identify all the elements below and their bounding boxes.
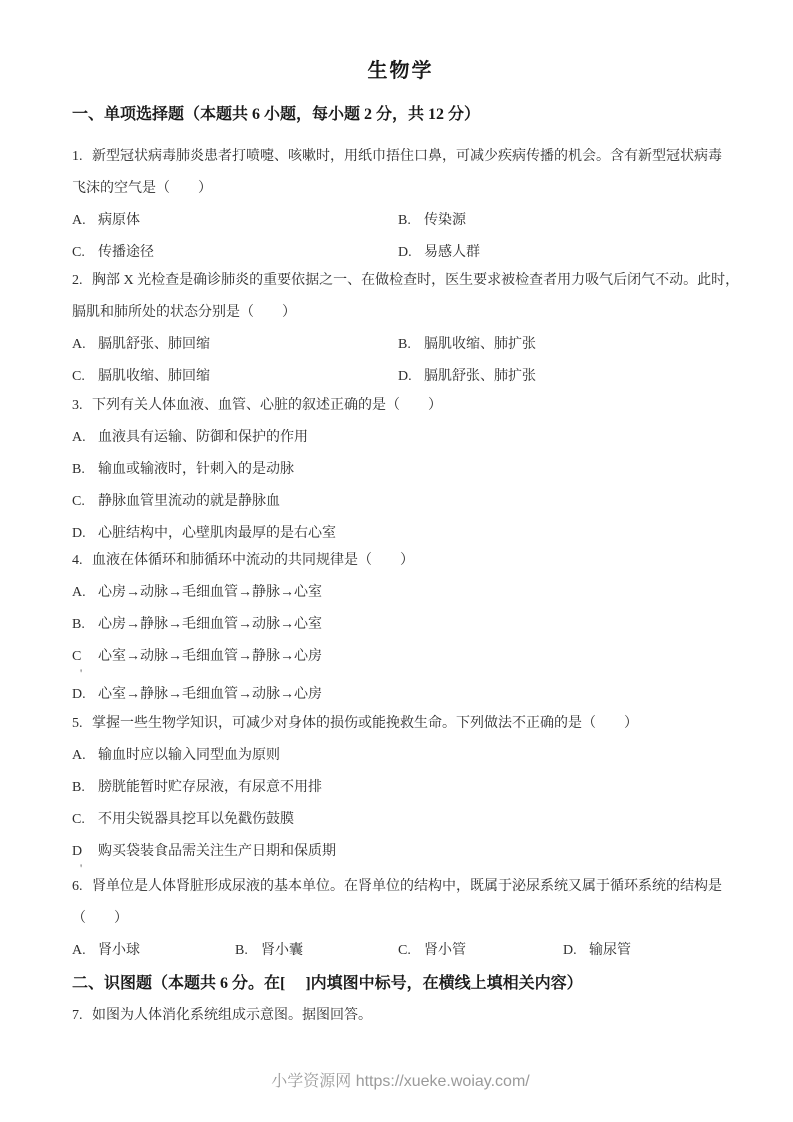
option-text: 膈肌收缩、肺回缩 bbox=[98, 369, 210, 384]
scan-artifact-mark: ' bbox=[80, 862, 82, 874]
option-text: 肾小管 bbox=[424, 943, 466, 958]
exam-page: 生物学 一、单项选择题（本题共 6 小题，每小题 2 分，共 12 分） 1.新… bbox=[0, 0, 793, 1122]
option-label: C bbox=[72, 641, 98, 673]
question-2: 2.胸部 X 光检查是确诊肺炎的重要依据之一、在做检查时，医生要求被检查者用力吸… bbox=[72, 265, 729, 393]
question-1-options: A.病原体 B.传染源 C.传播途径 D.易感人群 bbox=[72, 205, 729, 269]
question-2-number: 2. bbox=[72, 265, 92, 297]
question-6-option-b: B.肾小囊 bbox=[235, 935, 398, 967]
option-text: 膈肌舒张、肺扩张 bbox=[424, 369, 536, 384]
option-text: 输血时应以输入同型血为原则 bbox=[98, 748, 280, 763]
question-2-stem-line-1: 2.胸部 X 光检查是确诊肺炎的重要依据之一、在做检查时，医生要求被检查者用力吸… bbox=[72, 265, 729, 297]
option-label: C. bbox=[72, 486, 98, 518]
question-5-option-d: D购买袋装食品需关注生产日期和保质期 ' bbox=[72, 836, 729, 868]
question-6-number: 6. bbox=[72, 871, 92, 903]
option-label: D. bbox=[398, 237, 424, 269]
question-3-option-a: A.血液具有运输、防御和保护的作用 bbox=[72, 422, 729, 454]
option-label: B. bbox=[72, 772, 98, 804]
option-label: B. bbox=[72, 609, 98, 641]
section-2-heading: 二、识图题（本题共 6 分。在[ ]内填图中标号，在横线上填相关内容） bbox=[72, 967, 729, 1000]
option-text: 病原体 bbox=[98, 213, 140, 228]
option-text: 输血或输液时，针刺入的是动脉 bbox=[98, 462, 294, 477]
option-text: 静脉血管里流动的就是静脉血 bbox=[98, 494, 280, 509]
question-2-option-d: D.膈肌舒张、肺扩张 bbox=[398, 361, 729, 393]
question-1-option-a: A.病原体 bbox=[72, 205, 398, 237]
option-label: B. bbox=[235, 935, 261, 967]
question-3: 3.下列有关人体血液、血管、心脏的叙述正确的是（ ） A.血液具有运输、防御和保… bbox=[72, 390, 729, 550]
option-label: A. bbox=[72, 329, 98, 361]
option-text: 不用尖锐器具挖耳以免戳伤鼓膜 bbox=[98, 812, 294, 827]
question-5: 5.掌握一些生物学知识，可减少对身体的损伤或能挽救生命。下列做法不正确的是（ ）… bbox=[72, 708, 729, 868]
question-6-option-a: A.肾小球 bbox=[72, 935, 235, 967]
scan-artifact-mark: ' bbox=[80, 667, 82, 679]
question-4-option-a: A.心房→动脉→毛细血管→静脉→心室 bbox=[72, 577, 729, 609]
option-text: 输尿管 bbox=[589, 943, 631, 958]
option-label: B. bbox=[72, 454, 98, 486]
question-3-option-c: C.静脉血管里流动的就是静脉血 bbox=[72, 486, 729, 518]
question-5-stem-text: 掌握一些生物学知识，可减少对身体的损伤或能挽救生命。下列做法不正确的是（ ） bbox=[92, 716, 638, 731]
question-1-stem-line-1: 1.新型冠状病毒肺炎患者打喷嚏、咳嗽时，用纸巾捂住口鼻，可减少疾病传播的机会。含… bbox=[72, 141, 729, 173]
question-5-option-b: B.膀胱能暂时贮存尿液，有尿意不用排 bbox=[72, 772, 729, 804]
question-5-option-a: A.输血时应以输入同型血为原则 bbox=[72, 740, 729, 772]
option-label: A. bbox=[72, 205, 98, 237]
option-label: A. bbox=[72, 935, 98, 967]
question-1-stem-line-2: 飞沫的空气是（ ） bbox=[72, 173, 729, 205]
page-title: 生物学 bbox=[72, 55, 729, 88]
option-label: D. bbox=[72, 679, 98, 711]
option-text: 膈肌收缩、肺扩张 bbox=[424, 337, 536, 352]
question-3-option-d: D.心脏结构中，心壁肌肉最厚的是右心室 bbox=[72, 518, 729, 550]
option-text: 心室→动脉→毛细血管→静脉→心房 bbox=[98, 649, 322, 664]
question-1-number: 1. bbox=[72, 141, 92, 173]
question-6-option-c: C.肾小管 bbox=[398, 935, 563, 967]
option-label: C. bbox=[72, 804, 98, 836]
question-3-option-b: B.输血或输液时，针刺入的是动脉 bbox=[72, 454, 729, 486]
question-3-stem-text: 下列有关人体血液、血管、心脏的叙述正确的是（ ） bbox=[92, 398, 442, 413]
question-3-number: 3. bbox=[72, 390, 92, 422]
option-text: 肾小囊 bbox=[261, 943, 303, 958]
question-6-stem-line-1: 6.肾单位是人体肾脏形成尿液的基本单位。在肾单位的结构中，既属于泌尿系统又属于循… bbox=[72, 871, 729, 903]
question-5-option-c: C.不用尖锐器具挖耳以免戳伤鼓膜 bbox=[72, 804, 729, 836]
option-label: A. bbox=[72, 422, 98, 454]
option-text: 心脏结构中，心壁肌肉最厚的是右心室 bbox=[98, 526, 336, 541]
question-6-stem-text: 肾单位是人体肾脏形成尿液的基本单位。在肾单位的结构中，既属于泌尿系统又属于循环系… bbox=[92, 879, 722, 894]
option-text: 易感人群 bbox=[424, 245, 480, 260]
option-text: 心房→动脉→毛细血管→静脉→心室 bbox=[98, 585, 322, 600]
option-text: 购买袋装食品需关注生产日期和保质期 bbox=[98, 844, 336, 859]
option-text: 心室→静脉→毛细血管→动脉→心房 bbox=[98, 687, 322, 702]
option-label: B. bbox=[398, 205, 424, 237]
option-text: 肾小球 bbox=[98, 943, 140, 958]
question-7-number: 7. bbox=[72, 1000, 92, 1032]
question-4: 4.血液在体循环和肺循环中流动的共同规律是（ ） A.心房→动脉→毛细血管→静脉… bbox=[72, 545, 729, 711]
question-2-stem-text: 胸部 X 光检查是确诊肺炎的重要依据之一、在做检查时，医生要求被检查者用力吸气后… bbox=[92, 273, 739, 288]
option-text: 传染源 bbox=[424, 213, 466, 228]
option-text: 膀胱能暂时贮存尿液，有尿意不用排 bbox=[98, 780, 322, 795]
question-7-stem-text: 如图为人体消化系统组成示意图。据图回答。 bbox=[92, 1008, 372, 1023]
question-5-number: 5. bbox=[72, 708, 92, 740]
question-5-stem-line-1: 5.掌握一些生物学知识，可减少对身体的损伤或能挽救生命。下列做法不正确的是（ ） bbox=[72, 708, 729, 740]
option-label: C. bbox=[72, 237, 98, 269]
question-7-stem-line-1: 7.如图为人体消化系统组成示意图。据图回答。 bbox=[72, 1000, 729, 1032]
question-2-option-c: C.膈肌收缩、肺回缩 bbox=[72, 361, 398, 393]
option-text: 传播途径 bbox=[98, 245, 154, 260]
question-7: 7.如图为人体消化系统组成示意图。据图回答。 bbox=[72, 1000, 729, 1032]
question-1: 1.新型冠状病毒肺炎患者打喷嚏、咳嗽时，用纸巾捂住口鼻，可减少疾病传播的机会。含… bbox=[72, 141, 729, 269]
watermark-footer: 小学资源网 https://xueke.woiay.com/ bbox=[72, 1068, 729, 1096]
option-label: D. bbox=[563, 935, 589, 967]
option-label: D. bbox=[398, 361, 424, 393]
question-6-options: A.肾小球 B.肾小囊 C.肾小管 D.输尿管 bbox=[72, 935, 729, 967]
question-6-option-d: D.输尿管 bbox=[563, 935, 729, 967]
option-label: B. bbox=[398, 329, 424, 361]
question-2-option-b: B.膈肌收缩、肺扩张 bbox=[398, 329, 729, 361]
section-1-heading: 一、单项选择题（本题共 6 小题，每小题 2 分，共 12 分） bbox=[72, 98, 729, 131]
option-label: C. bbox=[398, 935, 424, 967]
option-label: A. bbox=[72, 740, 98, 772]
option-text: 血液具有运输、防御和保护的作用 bbox=[98, 430, 308, 445]
option-label: D. bbox=[72, 518, 98, 550]
option-text: 心房→静脉→毛细血管→动脉→心室 bbox=[98, 617, 322, 632]
question-2-stem-line-2: 膈肌和肺所处的状态分别是（ ） bbox=[72, 297, 729, 329]
question-1-option-c: C.传播途径 bbox=[72, 237, 398, 269]
question-4-option-b: B.心房→静脉→毛细血管→动脉→心室 bbox=[72, 609, 729, 641]
question-1-option-d: D.易感人群 bbox=[398, 237, 729, 269]
question-4-stem-text: 血液在体循环和肺循环中流动的共同规律是（ ） bbox=[92, 553, 414, 568]
question-4-option-d: D.心室→静脉→毛细血管→动脉→心房 bbox=[72, 679, 729, 711]
option-label: D bbox=[72, 836, 98, 868]
question-3-stem-line-1: 3.下列有关人体血液、血管、心脏的叙述正确的是（ ） bbox=[72, 390, 729, 422]
question-6: 6.肾单位是人体肾脏形成尿液的基本单位。在肾单位的结构中，既属于泌尿系统又属于循… bbox=[72, 871, 729, 967]
question-1-stem-text: 新型冠状病毒肺炎患者打喷嚏、咳嗽时，用纸巾捂住口鼻，可减少疾病传播的机会。含有新… bbox=[92, 149, 722, 164]
option-label: A. bbox=[72, 577, 98, 609]
question-6-stem-line-2: （ ） bbox=[72, 903, 729, 935]
question-2-option-a: A.膈肌舒张、肺回缩 bbox=[72, 329, 398, 361]
question-1-option-b: B.传染源 bbox=[398, 205, 729, 237]
option-text: 膈肌舒张、肺回缩 bbox=[98, 337, 210, 352]
question-4-option-c: C心室→动脉→毛细血管→静脉→心房 ' bbox=[72, 641, 729, 673]
option-label: C. bbox=[72, 361, 98, 393]
exam-content: 生物学 一、单项选择题（本题共 6 小题，每小题 2 分，共 12 分） 1.新… bbox=[0, 0, 793, 1096]
question-2-options: A.膈肌舒张、肺回缩 B.膈肌收缩、肺扩张 C.膈肌收缩、肺回缩 D.膈肌舒张、… bbox=[72, 329, 729, 393]
